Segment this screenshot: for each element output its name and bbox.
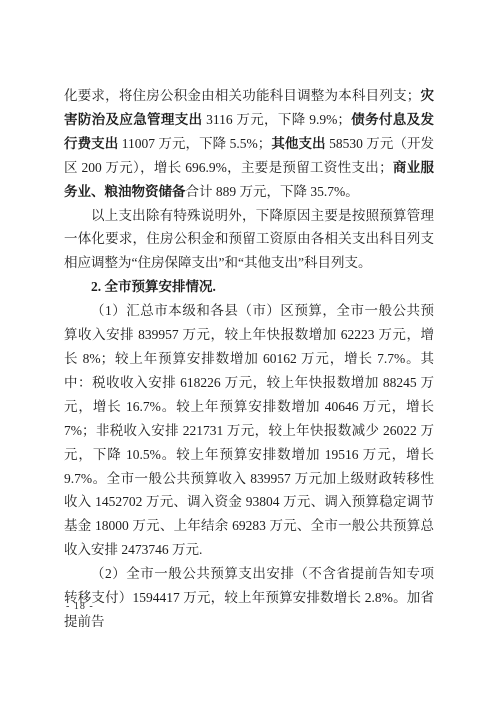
body-text: 3116 万元，下降 9.9%；: [202, 112, 351, 127]
para-citywide-revenue-budget: （1）汇总市本级和各县（市）区预算，全市一般公共预算收入安排 839957 万元…: [64, 299, 434, 562]
body-text: （1）汇总市本级和各县（市）区预算，全市一般公共预算收入安排 839957 万元…: [64, 303, 434, 557]
para-expenditure-items-continued: 化要求，将住房公积金由相关功能科目调整为本科目列支；灾害防治及应急管理支出 31…: [64, 84, 434, 204]
document-body: 化要求，将住房公积金由相关功能科目调整为本科目列支；灾害防治及应急管理支出 31…: [64, 84, 434, 634]
para-citywide-expenditure-budget: （2）全市一般公共预算支出安排（不含省提前告知专项转移支付）1594417 万元…: [64, 562, 434, 634]
heading-citywide-budget-arrangement: 2. 全市预算安排情况.: [64, 275, 434, 299]
body-text: 合计 889 万元，下降 35.7%。: [186, 184, 359, 199]
body-text: 11007 万元，下降 5.5%；: [118, 136, 271, 151]
page-number: - 18 -: [66, 601, 94, 612]
body-text: （2）全市一般公共预算支出安排（不含省提前告知专项转移支付）1594417 万元…: [64, 566, 434, 629]
emphasized-text: 其他支出: [271, 136, 325, 151]
body-text: 化要求，将住房公积金由相关功能科目调整为本科目列支；: [64, 88, 420, 103]
document-page: 化要求，将住房公积金由相关功能科目调整为本科目列支；灾害防治及应急管理支出 31…: [0, 0, 496, 701]
para-adjustment-explanation: 以上支出除有特殊说明外，下降原因主要是按照预算管理一体化要求，住房公积金和预留工…: [64, 204, 434, 276]
emphasized-text: 2. 全市预算安排情况.: [91, 279, 216, 294]
body-text: 以上支出除有特殊说明外，下降原因主要是按照预算管理一体化要求，住房公积金和预留工…: [64, 208, 434, 271]
